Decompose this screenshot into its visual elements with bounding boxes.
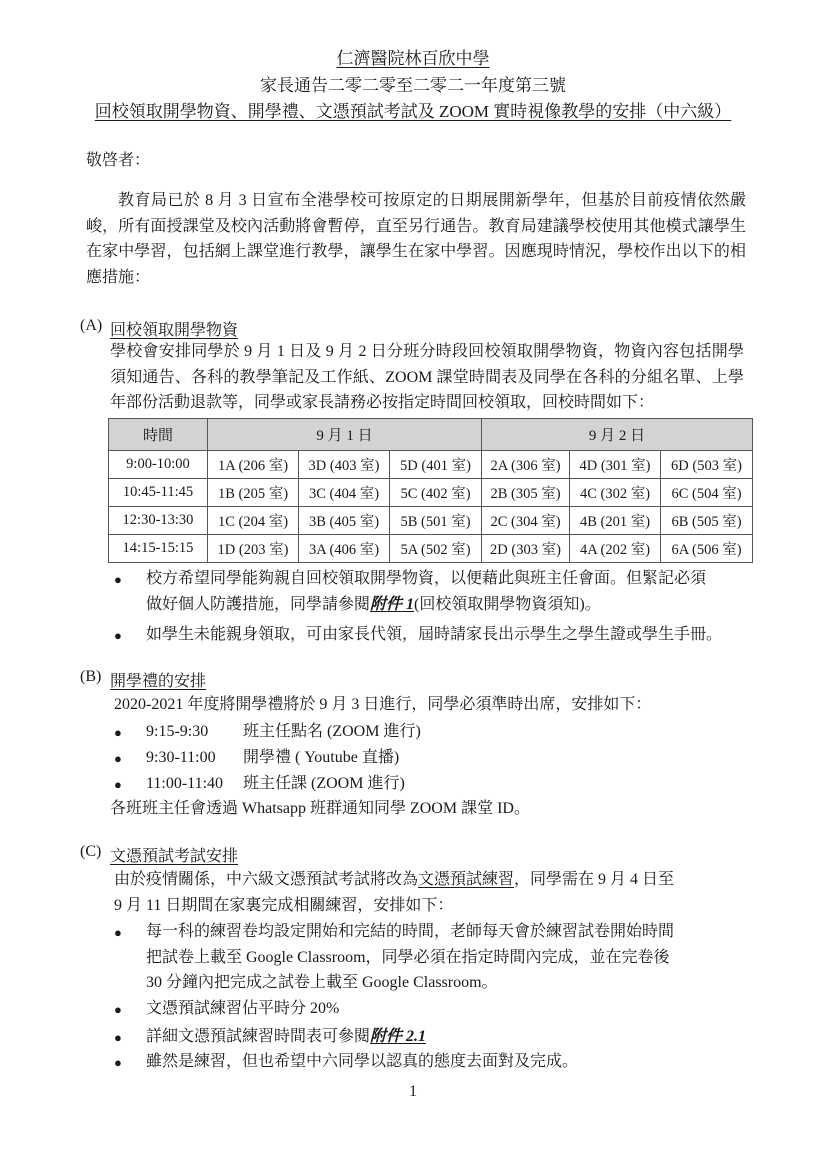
table-row: 14:15-15:15 1D (203 室) 3A (406 室) 5A (50… (109, 535, 753, 563)
bullet-icon: ● (114, 925, 122, 941)
bullet-icon: ● (114, 751, 122, 767)
section-c-bullet-2: 文憑預試練習佔平時分 20% (146, 996, 339, 1022)
table-cell: 6B (505 室) (661, 507, 753, 535)
table-cell: 6D (503 室) (661, 451, 753, 479)
table-cell: 1A (206 室) (208, 451, 299, 479)
table-cell: 1D (203 室) (208, 535, 299, 563)
bullet-icon: ● (114, 1055, 122, 1071)
table-row: 12:30-13:30 1C (204 室) 3B (405 室) 5B (50… (109, 507, 753, 535)
table-cell: 3B (405 室) (299, 507, 390, 535)
table-cell: 2C (304 室) (482, 507, 570, 535)
bullet-icon: ● (114, 628, 122, 644)
appendix-2-1-link[interactable]: 附件 2.1 (370, 1028, 426, 1045)
table-cell: 2A (306 室) (482, 451, 570, 479)
section-c-label: (C) (80, 843, 101, 861)
table-cell: 6C (504 室) (661, 479, 753, 507)
bullet-text-line2: 做好個人防護措施，同學請參閱附件 1(回校領取開學物資須知)。 (146, 592, 706, 618)
section-a-title: 回校領取開學物資 (110, 317, 238, 340)
page-number: 1 (0, 1083, 826, 1101)
ceremony-activity: 班主任點名 (ZOOM 進行) (243, 723, 421, 740)
section-c-bullet-3: 詳細文憑預試練習時間表可參閱附件 2.1 (146, 1024, 426, 1050)
section-c-title: 文憑預試考試安排 (110, 843, 238, 866)
table-cell-time: 12:30-13:30 (109, 507, 208, 535)
bullet-icon: ● (114, 777, 122, 793)
ceremony-activity: 開學禮 ( Youtube 直播) (243, 749, 399, 766)
section-b-title: 開學禮的安排 (110, 668, 206, 691)
ceremony-item-1: 9:15-9:30班主任點名 (ZOOM 進行) (146, 719, 421, 745)
table-cell-time: 14:15-15:15 (109, 535, 208, 563)
appendix-1-link[interactable]: 附件 1 (370, 596, 414, 613)
table-cell: 2D (303 室) (482, 535, 570, 563)
section-b-label: (B) (80, 668, 101, 686)
table-header-row: 時間 9 月 1 日 9 月 2 日 (109, 419, 753, 451)
table-cell: 1B (205 室) (208, 479, 299, 507)
table-cell: 5D (401 室) (390, 451, 482, 479)
bullet-icon: ● (114, 572, 122, 588)
ceremony-item-2: 9:30-11:00開學禮 ( Youtube 直播) (146, 745, 399, 771)
table-row: 10:45-11:45 1B (205 室) 3C (404 室) 5C (40… (109, 479, 753, 507)
table-cell: 1C (204 室) (208, 507, 299, 535)
table-cell: 5B (501 室) (390, 507, 482, 535)
greeting: 敬啓者： (86, 147, 150, 170)
table-cell: 6A (506 室) (661, 535, 753, 563)
table-row: 9:00-10:00 1A (206 室) 3D (403 室) 5D (401… (109, 451, 753, 479)
table-cell: 3C (404 室) (299, 479, 390, 507)
ceremony-item-3: 11:00-11:40班主任課 (ZOOM 進行) (146, 771, 405, 797)
table-header-time: 時間 (109, 419, 208, 451)
bullet-icon: ● (114, 1030, 122, 1046)
ceremony-time: 9:30-11:00 (146, 745, 243, 771)
ceremony-activity: 班主任課 (ZOOM 進行) (243, 775, 405, 792)
section-c-bullet-1: 每一科的練習卷均設定開始和完結的時間，老師每天會於練習試卷開始時間 把試卷上載至… (146, 919, 674, 996)
section-a-bullet-1: 校方希望同學能夠親自回校領取開學物資，以便藉此與班主任會面。但緊記必須 做好個人… (146, 566, 706, 617)
table-header-sep2: 9 月 2 日 (482, 419, 753, 451)
table-cell: 3D (403 室) (299, 451, 390, 479)
section-c-intro: 由於疫情關係，中六級文憑預試考試將改為文憑預試練習，同學需在 9 月 4 日至 (114, 867, 674, 893)
bullet-text: 校方希望同學能夠親自回校領取開學物資，以便藉此與班主任會面。但緊記必須 (146, 566, 706, 592)
dse-practice-highlight: 文憑預試練習 (418, 871, 514, 888)
section-b-intro: 2020-2021 年度將開學禮將於 9 月 3 日進行，同學必須準時出席，安排… (114, 692, 651, 718)
intro-paragraph: 教育局已於 8 月 3 日宣布全港學校可按原定的日期展開新學年，但基於目前疫情依… (86, 188, 746, 290)
table-cell-time: 10:45-11:45 (109, 479, 208, 507)
table-cell: 4C (302 室) (570, 479, 661, 507)
bullet-icon: ● (114, 725, 122, 741)
school-name: 仁濟醫院林百欣中學 (0, 44, 826, 69)
notice-number: 家長通告二零二零至二零二一年度第三號 (0, 71, 826, 96)
section-a-body: 學校會安排同學於 9 月 1 日及 9 月 2 日分班分時段回校領取開學物資，物… (110, 339, 744, 416)
ceremony-time: 9:15-9:30 (146, 719, 243, 745)
section-c-intro-line2: 9 月 11 日期間在家裏完成相關練習，安排如下： (114, 893, 453, 919)
ceremony-time: 11:00-11:40 (146, 771, 243, 797)
table-cell: 4A (202 室) (570, 535, 661, 563)
section-c-bullet-4: 雖然是練習，但也希望中六同學以認真的態度去面對及完成。 (146, 1049, 578, 1075)
collection-schedule-table: 時間 9 月 1 日 9 月 2 日 9:00-10:00 1A (206 室)… (108, 418, 753, 563)
section-b-footer: 各班班主任會透過 Whatsapp 班群通知同學 ZOOM 課堂 ID。 (110, 796, 530, 822)
table-cell-time: 9:00-10:00 (109, 451, 208, 479)
table-cell: 3A (406 室) (299, 535, 390, 563)
table-cell: 2B (305 室) (482, 479, 570, 507)
notice-subject: 回校領取開學物資、開學禮、文憑預試考試及 ZOOM 實時視像教學的安排（中六級） (0, 97, 826, 122)
table-cell: 4D (301 室) (570, 451, 661, 479)
section-a-bullet-2: 如學生未能親身領取，可由家長代領，屆時請家長出示學生之學生證或學生手冊。 (146, 622, 722, 648)
table-cell: 5A (502 室) (390, 535, 482, 563)
bullet-icon: ● (114, 1002, 122, 1018)
section-a-label: (A) (80, 317, 102, 335)
table-cell: 4B (201 室) (570, 507, 661, 535)
table-header-sep1: 9 月 1 日 (208, 419, 482, 451)
table-cell: 5C (402 室) (390, 479, 482, 507)
